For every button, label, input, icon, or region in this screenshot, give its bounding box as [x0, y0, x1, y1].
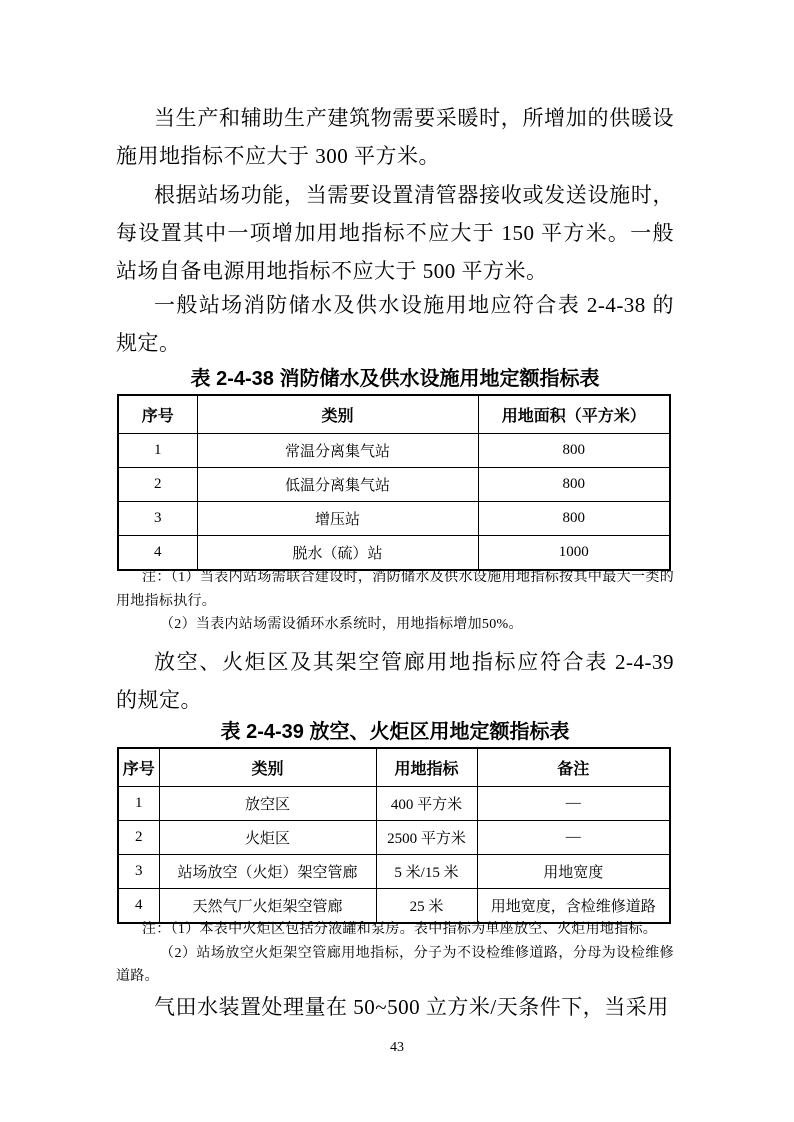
- area-cell: 1000: [478, 536, 670, 571]
- serial-cell: 4: [118, 536, 197, 571]
- table-2-4-39-header: 序号 类别 用地指标 备注: [118, 748, 670, 787]
- serial-cell: 1: [118, 787, 159, 821]
- indicator-cell: 5 米/15 米: [376, 855, 477, 889]
- table-row: 3 增压站 800: [118, 502, 670, 536]
- indicator-cell: 2500 平方米: [376, 821, 477, 855]
- table-2-4-39: 序号 类别 用地指标 备注 1 放空区 400 平方米 — 2 火炬区 2500…: [117, 747, 671, 924]
- serial-cell: 3: [118, 502, 197, 536]
- serial-cell: 2: [118, 468, 197, 502]
- table-2-4-38-title: 表 2-4-38 消防储水及供水设施用地定额指标表: [116, 366, 674, 392]
- category-cell: 火炬区: [159, 821, 376, 855]
- remark-cell: —: [477, 821, 670, 855]
- header-cell-category: 类别: [197, 395, 478, 434]
- category-cell: 站场放空（火炬）架空管廊: [159, 855, 376, 889]
- area-cell: 800: [478, 468, 670, 502]
- note: 注：（1）本表中火炬区包括分液罐和泵房。表中指标为单座放空、火炬用地指标。: [116, 918, 674, 942]
- serial-cell: 2: [118, 821, 159, 855]
- table-row: 3 站场放空（火炬）架空管廊 5 米/15 米 用地宽度: [118, 855, 670, 889]
- serial-cell: 1: [118, 434, 197, 468]
- table-2-4-39-notes: 注：（1）本表中火炬区包括分液罐和泵房。表中指标为单座放空、火炬用地指标。 （2…: [116, 918, 674, 989]
- header-cell-remark: 备注: [477, 748, 670, 787]
- table-row: 2 低温分离集气站 800: [118, 468, 670, 502]
- indicator-cell: 400 平方米: [376, 787, 477, 821]
- category-cell: 常温分离集气站: [197, 434, 478, 468]
- category-cell: 脱水（硫）站: [197, 536, 478, 571]
- table-row: 2 火炬区 2500 平方米 —: [118, 821, 670, 855]
- header-cell-serial: 序号: [118, 748, 159, 787]
- category-cell: 增压站: [197, 502, 478, 536]
- header-cell-indicator: 用地指标: [376, 748, 477, 787]
- remark-cell: 用地宽度: [477, 855, 670, 889]
- header-cell-area: 用地面积（平方米）: [478, 395, 670, 434]
- serial-cell: 3: [118, 855, 159, 889]
- page-number: 43: [0, 1040, 794, 1056]
- area-cell: 800: [478, 434, 670, 468]
- paragraph-fire-water-intro: 一般站场消防储水及供水设施用地应符合表 2-4-38 的规定。: [116, 286, 674, 362]
- paragraph-flare-intro: 放空、火炬区及其架空管廊用地指标应符合表 2-4-39 的规定。: [116, 643, 674, 719]
- header-cell-category: 类别: [159, 748, 376, 787]
- table-row: 1 放空区 400 平方米 —: [118, 787, 670, 821]
- header-row: 序号 类别 用地面积（平方米）: [118, 395, 670, 434]
- document-page: 当生产和辅助生产建筑物需要采暖时，所增加的供暖设施用地指标不应大于 300 平方…: [0, 0, 794, 1122]
- paragraph-heating: 当生产和辅助生产建筑物需要采暖时，所增加的供暖设施用地指标不应大于 300 平方…: [116, 99, 674, 175]
- table-row: 1 常温分离集气站 800: [118, 434, 670, 468]
- table-row: 4 脱水（硫）站 1000: [118, 536, 670, 571]
- note: （2）站场放空火炬架空管廊用地指标，分子为不设检维修道路，分母为设检维修道路。: [116, 942, 674, 989]
- paragraph-pig-launcher: 根据站场功能，当需要设置清管器接收或发送设施时，每设置其中一项增加用地指标不应大…: [116, 176, 674, 290]
- note: （2）当表内站场需设循环水系统时，用地指标增加50%。: [116, 613, 674, 637]
- remark-cell: —: [477, 787, 670, 821]
- category-cell: 低温分离集气站: [197, 468, 478, 502]
- paragraph-gas-field-water: 气田水装置处理量在 50~500 立方米/天条件下，当采用: [116, 988, 674, 1026]
- note: 注：（1）当表内站场需联合建设时，消防储水及供水设施用地指标按其中最大一类的用地…: [116, 566, 674, 613]
- table-2-4-38-header: 序号 类别 用地面积（平方米）: [118, 395, 670, 434]
- table-2-4-38-notes: 注：（1）当表内站场需联合建设时，消防储水及供水设施用地指标按其中最大一类的用地…: [116, 566, 674, 637]
- area-cell: 800: [478, 502, 670, 536]
- table-2-4-39-title: 表 2-4-39 放空、火炬区用地定额指标表: [116, 719, 674, 745]
- category-cell: 放空区: [159, 787, 376, 821]
- table-2-4-38: 序号 类别 用地面积（平方米） 1 常温分离集气站 800 2 低温分离集气站 …: [117, 394, 671, 571]
- header-row: 序号 类别 用地指标 备注: [118, 748, 670, 787]
- header-cell-serial: 序号: [118, 395, 197, 434]
